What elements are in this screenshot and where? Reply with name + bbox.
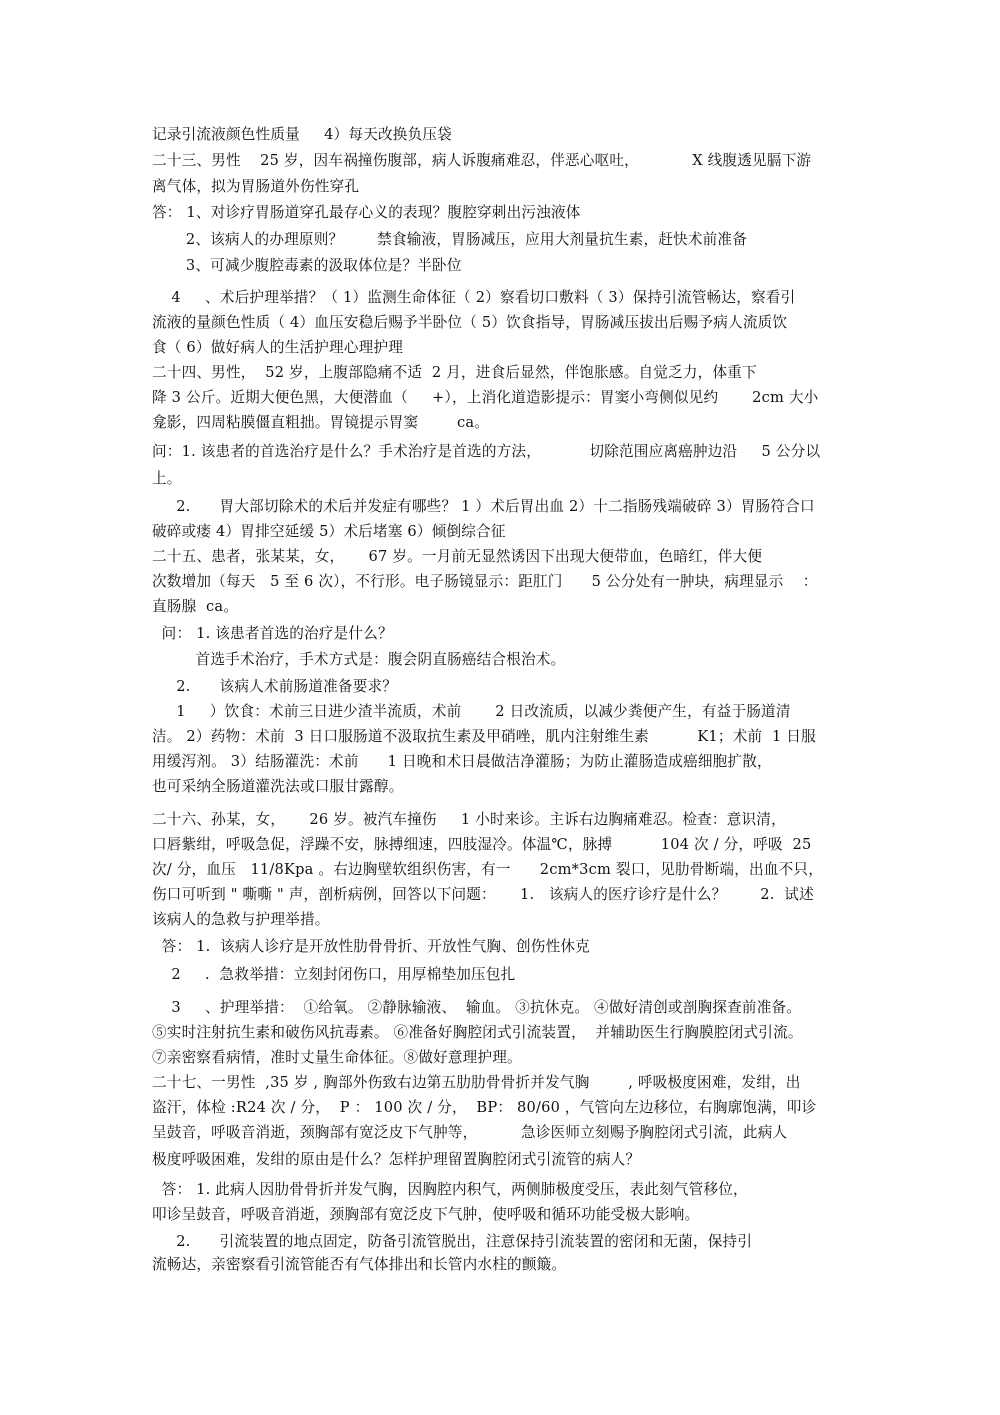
text-line: 极度呼吸困难，发绀的原由是什么？怎样护理留置胸腔闭式引流管的病人？ [152, 1151, 640, 1169]
text-line: 流液的量颜色性质（ 4）血压安稳后赐予半卧位（ 5）饮食指导，胃肠减压拔出后赐予… [152, 314, 787, 332]
text-line: 口唇紫绀，呼吸急促，浮躁不安，脉搏细速，四肢湿冷。体温℃，脉搏 104 次 / … [152, 836, 811, 854]
text-line: 2 . 急救举措：立刻封闭伤口，用厚棉垫加压包扎 [152, 966, 515, 984]
text-line: 2. 引流装置的地点固定，防备引流管脱出，注意保持引流装置的密闭和无菌，保持引 [152, 1233, 752, 1251]
text-line: 答： 1. 此病人因肋骨骨折并发气胸，因胸腔内积气，两侧肺极度受压，表此刻气管移… [152, 1181, 748, 1199]
text-line: 3、可减少腹腔毒素的汲取体位是？半卧位 [152, 257, 462, 275]
text-line: 离气体，拟为胃肠道外伤性穿孔 [152, 178, 359, 196]
text-line: 洁。 2）药物：术前 3 日口服肠道不汲取抗生素及甲硝唑，肌内注射维生素 K1；… [152, 728, 816, 746]
text-line: 3 、护理举措： ①给氧。 ②静脉输液、 输血。 ③抗休克。 ④做好清创或剖胸探… [152, 999, 801, 1017]
text-line: 流畅达，亲密察看引流管能否有气体排出和长管内水柱的颤簸。 [152, 1256, 566, 1274]
text-line: 伤口可听到 " 嘶嘶 " 声，剖析病例，回答以下问题： 1. 该病人的医疗诊疗是… [152, 886, 814, 904]
text-line: 次数增加（每天 5 至 6 次），不行形。电子肠镜显示：距肛门 5 公分处有一肿… [152, 573, 818, 591]
text-line: 用缓泻剂。 3）结肠灌洗：术前 1 日晚和术日晨做洁净灌肠；为防止灌肠造成癌细胞… [152, 753, 772, 771]
text-line: 二十七、一男性 ,35 岁 , 胸部外伤致右边第五肋肋骨骨折并发气胸 , 呼吸极… [152, 1074, 801, 1092]
text-line: ⑦亲密察看病情，准时丈量生命体征。⑧做好意理护理。 [152, 1049, 522, 1067]
text-line: 2. 胃大部切除术的术后并发症有哪些？ 1 ）术后胃出血 2）十二指肠残端破碎 … [152, 498, 815, 516]
text-line: 破碎或瘘 4）胃排空延缓 5）术后堵塞 6）倾倒综合征 [152, 523, 506, 541]
text-line: 龛影，四周粘膜僵直粗拙。胃镜提示胃窦 ca。 [152, 414, 489, 432]
text-line: 该病人的急救与护理举措。 [152, 911, 330, 929]
text-line: 叩诊呈鼓音，呼吸音消逝，颈胸部有宽泛皮下气肿，使呼吸和循环功能受极大影响。 [152, 1206, 699, 1224]
text-line: 2. 该病人术前肠道准备要求？ [152, 678, 397, 696]
text-line: 直肠腺 ca。 [152, 598, 238, 616]
document-page: 记录引流液颜色性质量 4）每天改换负压袋二十三、男性 25 岁，因车祸撞伤腹部，… [0, 0, 1000, 1415]
text-line: 次/ 分，血压 11/8Kpa 。右边胸壁软组织伤害，有一 2cm*3cm 裂口… [152, 861, 823, 879]
text-line: 上。 [152, 470, 182, 488]
text-line: 呈鼓音，呼吸音消逝，颈胸部有宽泛皮下气肿等， 急诊医师立刻赐予胸腔闭式引流，此病… [152, 1124, 787, 1142]
text-line: ⑤实时注射抗生素和破伤风抗毒素。 ⑥准备好胸腔闭式引流装置， 并辅助医生行胸膜腔… [152, 1024, 803, 1042]
text-line: 二十五、患者，张某某，女， 67 岁。一月前无显然诱因下出现大便带血，色暗红，伴… [152, 548, 762, 566]
text-line: 记录引流液颜色性质量 4）每天改换负压袋 [152, 126, 452, 144]
text-line: 1 ）饮食：术前三日进少渣半流质，术前 2 日改流质，以减少粪便产生，有益于肠道… [152, 703, 791, 721]
text-line: 二十四、男性， 52 岁，上腹部隐痛不适 2 月，进食后显然，伴饱胀感。自觉乏力… [152, 364, 757, 382]
text-line: 二十三、男性 25 岁，因车祸撞伤腹部，病人诉腹痛难忍，伴恶心呕吐， X 线腹透… [152, 152, 811, 170]
text-line: 降 3 公斤。近期大便色黑，大便潜血（ +），上消化道造影提示：胃窦小弯侧似见约… [152, 389, 818, 407]
text-line: 2、该病人的办理原则？ 禁食输液，胃肠减压，应用大剂量抗生素，赶快术前准备 [152, 231, 747, 249]
text-line: 问：1. 该患者的首选治疗是什么？手术治疗是首选的方法， 切除范围应离癌肿边沿 … [152, 443, 820, 461]
text-line: 也可采纳全肠道灌洗法或口服甘露醇。 [152, 778, 404, 796]
text-line: 盗汗，体检 :R24 次 / 分， P ： 100 次 / 分， BP： 80/… [152, 1099, 816, 1117]
text-line: 首选手术治疗，手术方式是：腹会阴直肠癌结合根治术。 [152, 651, 565, 669]
text-line: 答： 1、对诊疗胃肠道穿孔最存心义的表现？腹腔穿刺出污浊液体 [152, 204, 581, 222]
text-line: 答： 1. 该病人诊疗是开放性肋骨骨折、开放性气胸、创伤性休克 [152, 938, 590, 956]
text-line: 4 、术后护理举措？（ 1）监测生命体征（ 2）察看切口敷料（ 3）保持引流管畅… [152, 289, 795, 307]
text-line: 问： 1. 该患者首选的治疗是什么？ [152, 625, 393, 643]
text-line: 二十六、孙某，女， 26 岁。被汽车撞伤 1 小时来诊。主诉右边胸痛难忍。检查：… [152, 811, 786, 829]
text-line: 食（ 6）做好病人的生活护理心理护理 [152, 339, 403, 357]
